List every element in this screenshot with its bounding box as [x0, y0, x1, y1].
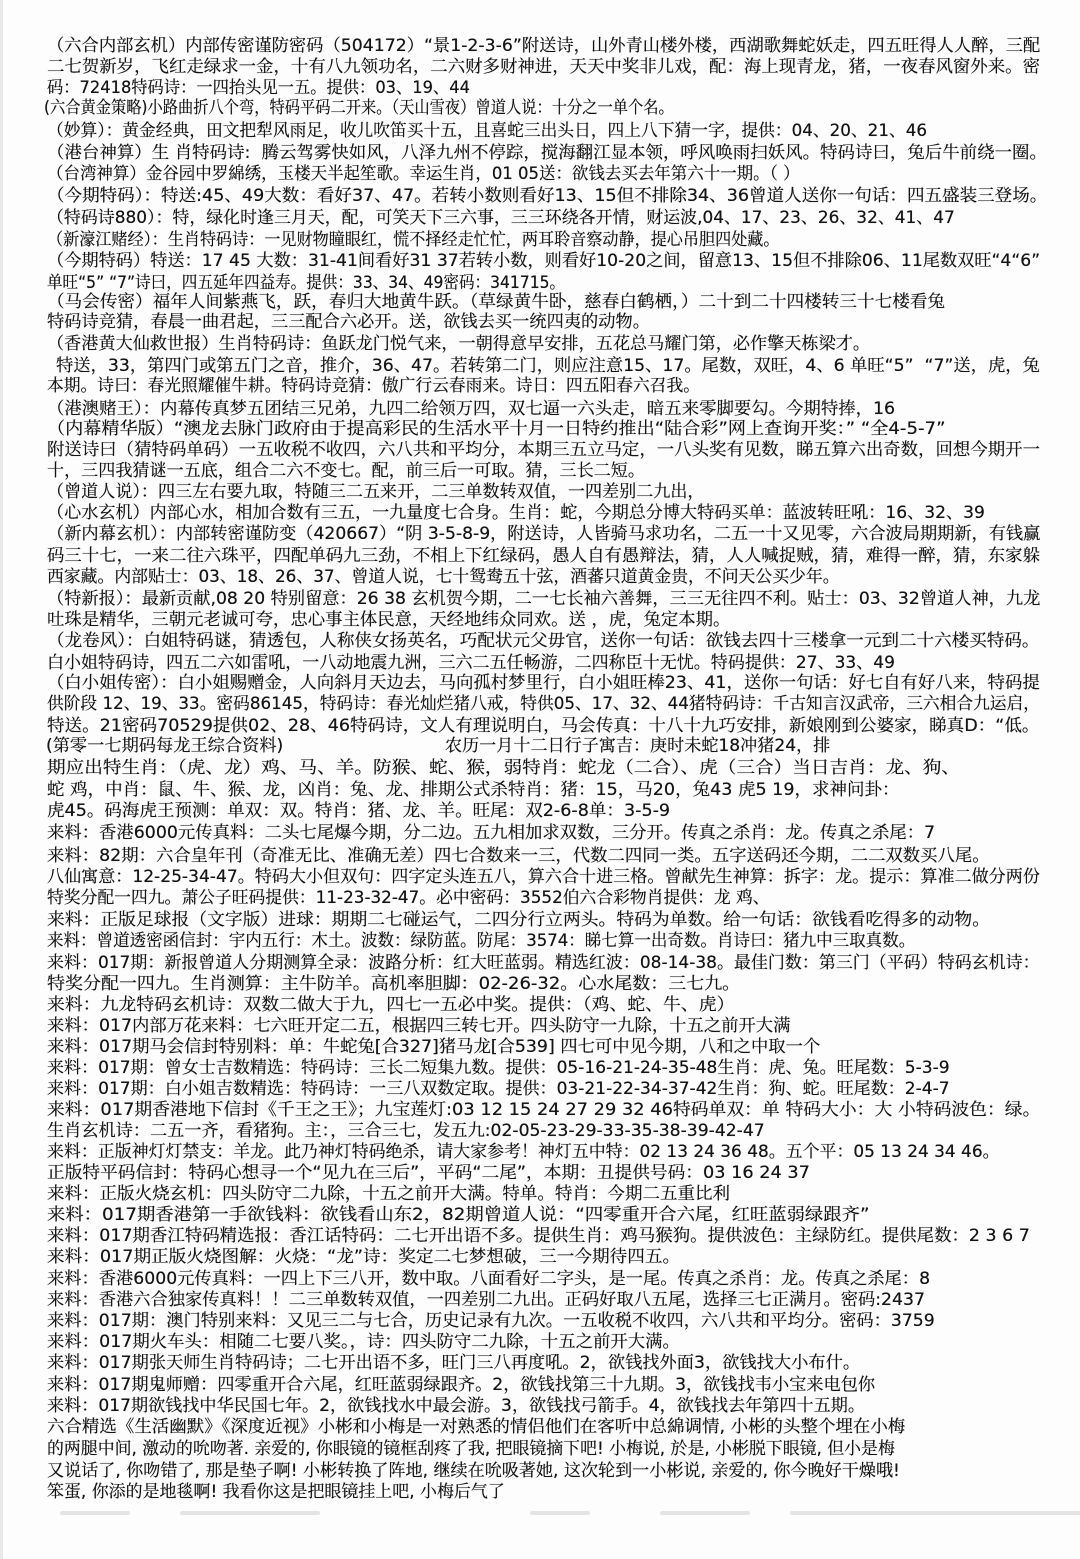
text-line: （特新报）：最新贡献,08 20 特别留意：26 38 玄机贺今期，二一七长袖六… — [47, 589, 1040, 609]
text-line: （台湾神算）金谷园中罗綿绣，玉楼天半起笙歌。幸运生肖，01 05送：欲钱去买去年… — [47, 164, 800, 184]
humor-paragraph-line: 又说话了, 你吻错了, 那是垫子啊! 小彬转换了阵地, 继续在吮吸著她, 这次轮… — [47, 1461, 900, 1481]
text-line: （港澳赌王）：内幕传真梦五团结三兄弟，九四二给领万四，双七逼一六头走，暗五来零脚… — [47, 399, 895, 419]
text-line: 来料：017期火车头：相随二七要八奖。，诗：四头防守二九除，十五之前开大满。 — [47, 1332, 680, 1352]
faint-cutoff-line — [60, 1508, 1060, 1518]
text-line: 码：72418特码诗：一四抬头见一五。提供：03、19、44 — [47, 78, 470, 98]
text-line: 单旺“5” “7”诗曰，四五延年四益寿。提供：33、34、49密码：341715… — [47, 273, 565, 293]
text-line: （曾道人说）：四三左右要九取，特随三二五来开，二三单数转双值，一四差别二九出， — [47, 482, 705, 502]
text-line: （六合内部玄机）内部传密谨防密码（504172）“景1-2-3-6”附送诗，山外… — [47, 36, 1040, 56]
text-line: 来料：82期：六合皇年刊（奇准无比、准确无差）四七合数来一三，代数二四同一类。五… — [47, 846, 990, 866]
text-line: 来料：017期欲钱找中华民国七年。2，欲钱找水中最会游。3，欲钱找弓箭手。4，欲… — [47, 1396, 865, 1416]
humor-paragraph-line: 笨蛋, 你添的是地毯啊! 我看你这是把眼镜挂上吧, 小梅后气了 — [47, 1482, 505, 1502]
text-line: （白小姐传密）：白小姐赐赠金，人向斜月天边去，马向孤村梦里行，白小姐旺棒23、4… — [47, 673, 1040, 693]
text-line: 来料：香港6000元传真料：一四上下三八开，数中取。八面看好二字头，是一尾。传真… — [47, 1269, 930, 1289]
text-line: 特奖分配一四九。生肖测算：主牛防羊。高机率胆脚：02-26-32。心水尾数：三七… — [47, 974, 740, 994]
text-line: 虎45。码海虎王预测：单双：双。特肖：猪、龙、羊。旺尾：双2-6-8单：3-5-… — [47, 801, 670, 821]
text-line: 白小姐特码诗，四五二六如雷吼，一八动地震九洲，三六二五任畅游，二四称臣十无忧。特… — [47, 653, 895, 673]
text-line: （新濠江赌经）：生肖特码诗：一见财物瞳眼红，慌不择经走忙忙，两耳聆音察动静，提心… — [47, 230, 780, 250]
text-line: 来料：017期：新报曾道人分期测算全录：波路分析：红大旺蓝弱。精选红波：08-1… — [47, 953, 1040, 973]
text-line: 附送诗曰（猜特码单码）一五收税不收四，六八共和平均分，本期三五立马定，一八头奖有… — [47, 440, 1040, 460]
text-line: 八仙寓意：12-25-34-47。特码大小但双句：四字定头连五八，算六合十进三格… — [47, 867, 1040, 887]
text-line: 期应出特生肖：（虎、龙）鸡、马、羊。防猴、蛇、猴，弱特肖：蛇龙（二合）、虎（三合… — [47, 758, 960, 778]
text-line: 十，三四我猜谜一五底，组合二六不变七。配，前三后一可取。猜，三长二短。 — [47, 461, 645, 481]
text-line: 来料：正版足球报（文字版）进球：期期二七碰运气，二四分行立两头。特码为单数。给一… — [47, 910, 990, 930]
text-line: （港台神算）生 肖特码诗: 腾云驾雾快如风，八泽九州不停踪，搅海翻江显本领，呼风… — [47, 143, 1047, 163]
text-line: 来料：017期张天师生肖特码诗；二七开出语不多，旺门三八再度吼。2，欲钱找外面3… — [47, 1353, 860, 1373]
text-line: （特码诗880）：特，绿化时逢三月天，配，可笑天下三六事，三三环绕各开情，财运波… — [47, 208, 955, 228]
text-line: 来料：香港六合独家传真料！！二三单数转双值，一四差别二九出。正码好取八五尾，选择… — [47, 1290, 925, 1310]
text-line: 西家藏。内部贴士：03、18、26、37、曾道人说，七十鸳鸯五十弦，酒蕃只道黄金… — [47, 567, 840, 587]
text-line: 来料：017期：白小姐吉数精选：特码诗：一三八双数定取。提供：03-21-22-… — [47, 1079, 950, 1099]
text-line: 蛇 鸡，中肖：鼠、牛、猴、龙，凶肖：兔、龙、排期公式杀特肖：猪：15，马20，兔… — [47, 780, 900, 800]
text-line: (六合黄金策略)小路曲折八个弯，特码平码二开来。（天山雪夜）曾道人说：十分之一单… — [44, 98, 674, 118]
text-line: 供阶段 12、19、33。密码86145，特码诗：春光灿烂猪八戒，特供05、17… — [47, 694, 1040, 714]
text-line: 来料：017期鬼师赠：四零重开合六尾，红旺蓝弱绿跟齐。2，欲钱找第三十九期。3，… — [47, 1375, 875, 1395]
text-line: 码三十七，一来二往六珠平，四配单码九三劲，不相上下红绿码，愚人自有愚辩法，猜，人… — [47, 546, 1040, 566]
text-line: （龙卷风）：白姐特码谜，猜透包，人称侠女扬英名，巧配状元父毋官，送你一句话：欲钱… — [47, 631, 1039, 651]
scan-edge — [0, 0, 3, 1559]
text-line: 来料：曾道透密函信封：宇内五行：木土。波数：绿防蓝。防尾：3574：睇七算一出奇… — [47, 931, 915, 951]
text-line: （今期特码）：特送:45、49大数：看好37、47。若转小数则看好13、15但不… — [47, 186, 1047, 206]
text-line: 来料：017期香江特码精选报：香江话特码：二七开出语不多。提供生肖：鸡马猴狗。提… — [47, 1226, 1030, 1246]
text-line: 特送，33，第四门或第五门之音，推介，36、47。若转第二门，则应注意15、17… — [56, 356, 1040, 376]
text-line: （香港黄大仙救世报）生肖特码诗：鱼跃龙门悦气来，一朝得意早安排，五花总马耀门第，… — [47, 334, 870, 354]
text-line: 来料：017期香港地下信封《千王之王》；九宝莲灯:03 12 15 24 27 … — [47, 1100, 1040, 1120]
text-line: 来料：017期马会信封特别料：单：牛蛇兔[合327]猪马龙[合539] 四七可中… — [47, 1037, 820, 1057]
text-line: 二七贺新岁，飞红走绿求一金，十有八九领功名，二六财多财神进，天天中奖非儿戏，配：… — [47, 57, 1040, 77]
text-line: 来料：017内部万花来料：七六旺开定二五，根据四三转七开。四头防守一九除，十五之… — [47, 1016, 790, 1036]
text-line: （心水玄机）内部心水，相加合数有三五，一九量度七合身。生肖：蛇，今期总分博大特码… — [47, 503, 985, 523]
lunar-date-line: 农历一月十二日行子寓吉：庚时未蛇18冲猪24，排 — [445, 736, 830, 756]
text-line: 来料：017期正版火烧图解：火烧：“龙”诗：奖定二七梦想破，三一今期待四五。 — [47, 1247, 680, 1267]
text-line: （马会传密）福年人间紫燕飞，跃，春归大地黄牛跃。（草绿黄牛卧，慈春白鹤栖，）二十… — [47, 292, 945, 312]
text-line: 来料：017期：曾女士吉数精选：特码诗：三长二短集九数。提供：05-16-21-… — [47, 1058, 950, 1078]
text-line: 特码诗竞猜，春晨一曲君起，三三配合六必开。送，欲钱去买一统四夷的动物。 — [47, 312, 650, 332]
section-heading: (第零一七期码每龙王综合资料) — [46, 736, 283, 756]
humor-paragraph-line: 的两腿中间, 激动的吮吻著. 亲爱的, 你眼镜的镜框刮疼了我, 把眼镜摘下吧! … — [47, 1439, 895, 1459]
text-line: 本期。诗曰：春光照耀催牛耕。特码诗竞猜：傲广行云春雨来。诗日：四五阳春六召我。 — [47, 376, 700, 396]
text-line: 特奖分配一四九。萧公子旺码提供：11-23-32-47。必中密码：3552伯六合… — [47, 888, 770, 908]
text-line: 来料：正版神灯灯禁支：羊龙。此乃神灯特码绝杀，请大家参考！神灯五中特：02 13… — [47, 1142, 1000, 1162]
text-line: （妙算）：黄金经典，田文把犁风雨足，收儿吹笛买十五，且喜蛇三出头日，四上八下猜一… — [47, 121, 927, 141]
text-line: 特送。21密码70529提供02、28、46特码诗，文人有理说明白，马会传真：十… — [47, 716, 1039, 736]
text-line: 来料：017期：澳门特别来料：又见三二与七合，历史记录有九次。一五收税不收四，六… — [47, 1311, 935, 1331]
text-line: 正版特平码信封：特码心想寻一个“见九在三后”，平码“二尾”，本期：丑提供号码：0… — [47, 1163, 810, 1183]
text-line: （新内幕玄机）：内部转密谨防变（420667）“阴 3-5-8-9，附送诗，人皆… — [47, 524, 1040, 544]
humor-paragraph-line: 六合精选《生活幽默》《深度近视》小彬和小梅是一对熟悉的情侣他们在客听中总綿调情,… — [47, 1417, 905, 1437]
text-line: 来料：017期香港第一手欲钱料：欲钱看山东2，82期曾道人说：“四零重开合六尾，… — [47, 1205, 869, 1225]
text-line: 生肖玄机诗：二五一齐，看猪狗。主：，三合三七，发五九:02-05-23-29-3… — [47, 1121, 765, 1141]
text-line: 吐珠是精华，三朝元老诚可夸，忠心事主体民意，天经地纬众同欢。送 ，虎，兔定本期。 — [47, 610, 730, 630]
text-line: 来料：九龙特码玄机诗：双数二做大于九，四七一五必中奖。提供：（鸡、蛇、牛、虎） — [47, 995, 734, 1015]
text-line: 来料：正版火烧玄机：四头防守二九除，十五之前开大满。特单。特肖：今期二五重比利 — [47, 1184, 730, 1204]
text-line: （今期特码）特送：17 45 大数：31-41间看好31 37若转小数，则看好1… — [47, 251, 1040, 271]
scanned-document-page: （六合内部玄机）内部传密谨防密码（504172）“景1-2-3-6”附送诗，山外… — [0, 0, 1080, 1559]
text-line: 来料：香港6000元传真料：二头七尾爆今期，分二边。五九相加求双数，三分开。传真… — [47, 823, 935, 843]
text-line: （内幕精华版）“澳龙去脉门政府由于提高彩民的生活水平十月一日特约推出“陆合彩”网… — [47, 419, 945, 439]
